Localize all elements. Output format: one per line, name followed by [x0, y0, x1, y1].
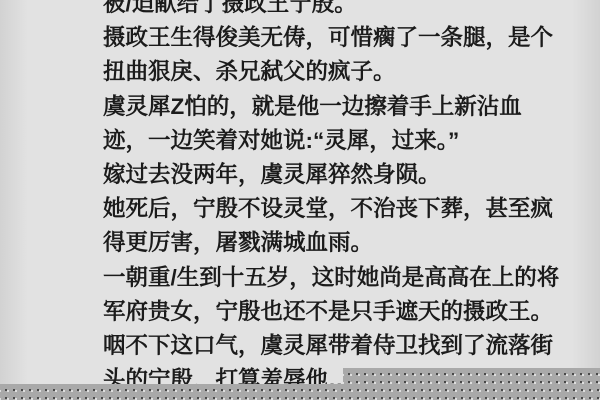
text-line: 摄政王生得俊美无俦，可惜瘸了一条腿，是个 [103, 21, 573, 55]
text-line: 得更厉害，屠戮满城血雨。 [103, 226, 573, 260]
text-line: 咽不下这口气，虞灵犀带着侍卫找到了流落街 [103, 329, 573, 363]
text-line: 虞灵犀Z怕的，就是他一边擦着手上新沾血 [103, 90, 573, 124]
novel-page-text: 被/迫献给了摄政王宁殷。 摄政王生得俊美无俦，可惜瘸了一条腿，是个 扭曲狠戾、杀… [103, 0, 573, 397]
text-line: 一朝重/生到十五岁，这时她尚是高高在上的将 [103, 261, 573, 295]
text-line: 扭曲狠戾、杀兄弑父的疯子。 [103, 55, 573, 89]
text-line: 被/迫献给了摄政王宁殷。 [103, 0, 573, 21]
text-line: 她死后，宁殷不设灵堂，不治丧下葬，甚至疯 [103, 192, 573, 226]
text-line: 军府贵女，宁殷也还不是只手遮天的摄政王。 [103, 295, 573, 329]
text-line: 嫁过去没两年，虞灵犀猝然身陨。 [103, 158, 573, 192]
text-line: 迹，一边笑着对她说:“灵犀，过来。” [103, 124, 573, 158]
novel-text-screenshot: { "colors":{ "bg":"#e2e2e2", "bg-edge":"… [0, 0, 600, 400]
gray-texture-overlay-bottom [0, 384, 600, 400]
